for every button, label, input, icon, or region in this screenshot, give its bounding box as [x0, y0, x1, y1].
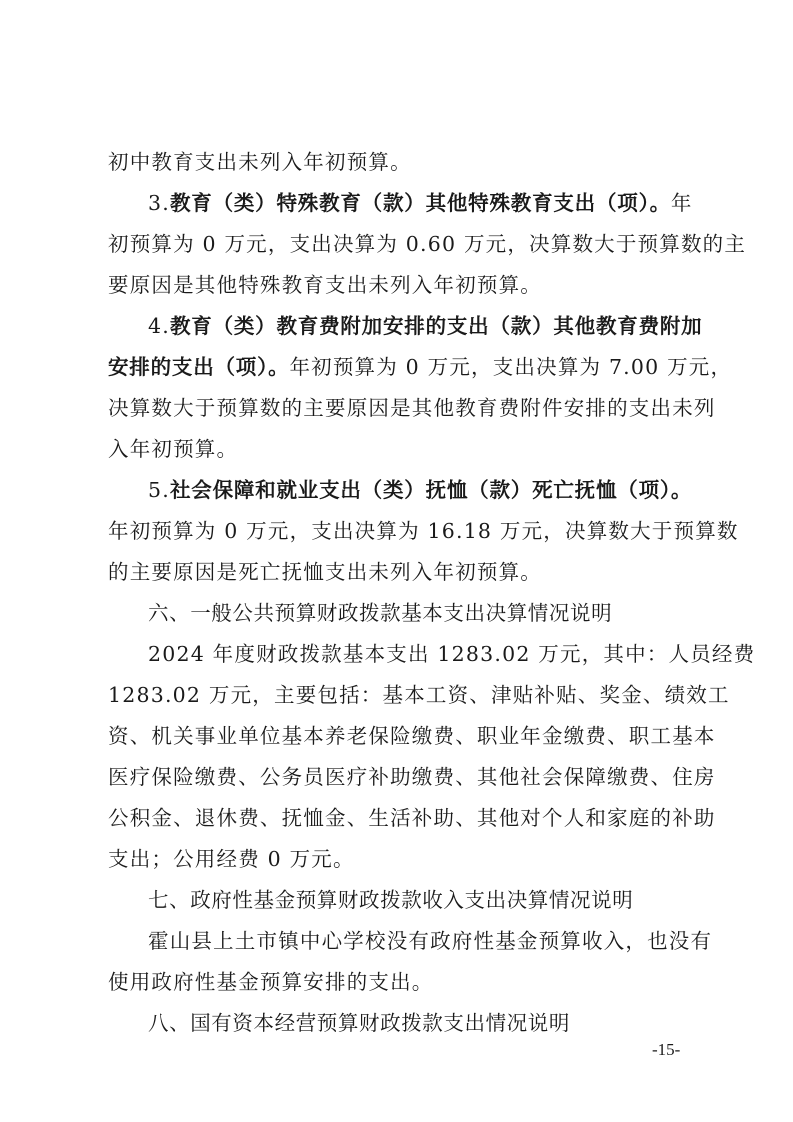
paragraph-line: 年初预算为 0 万元，支出决算为 16.18 万元，决算数大于预算数	[108, 518, 690, 544]
bold-item-title: 教育（类）特殊教育（款）其他特殊教育支出（项）。	[170, 191, 671, 215]
paragraph-line: 使用政府性基金预算安排的支出。	[108, 969, 690, 995]
text-run: 初中教育支出未列入年初预算。	[108, 150, 412, 174]
text-run: 决算数大于预算数的主要原因是其他教育费附件安排的支出未列	[108, 396, 716, 420]
paragraph-line: 公积金、退休费、抚恤金、生活补助、其他对个人和家庭的补助	[108, 805, 690, 831]
text-run: 要原因是其他特殊教育支出未列入年初预算。	[108, 273, 542, 297]
item-number: 5.	[148, 478, 170, 502]
text-run: 年	[671, 191, 693, 215]
paragraph-line: 要原因是其他特殊教育支出未列入年初预算。	[108, 272, 690, 298]
paragraph-line: 2024 年度财政拨款基本支出 1283.02 万元，其中：人员经费	[148, 641, 690, 667]
item-number: 3.	[148, 191, 170, 215]
paragraph-line: 1283.02 万元，主要包括：基本工资、津贴补贴、奖金、绩效工	[108, 682, 690, 708]
text-run: 资、机关事业单位基本养老保险缴费、职业年金缴费、职工基本	[108, 724, 716, 748]
bold-item-title: 社会保障和就业支出（类）抚恤（款）死亡抚恤（项）。	[170, 478, 692, 502]
text-run: 初预算为 0 万元，支出决算为 0.60 万元，决算数大于预算数的主	[108, 232, 746, 256]
section-6-heading: 六、一般公共预算财政拨款基本支出决算情况说明	[148, 600, 690, 626]
paragraph-line: 霍山县上土市镇中心学校没有政府性基金预算收入，也没有	[148, 928, 690, 954]
section-heading: 八、国有资本经营预算财政拨款支出情况说明	[148, 1011, 570, 1035]
text-run: 公积金、退休费、抚恤金、生活补助、其他对个人和家庭的补助	[108, 806, 716, 830]
page-number: -15-	[652, 1040, 680, 1060]
item-number: 4.	[148, 314, 170, 338]
item-3-heading-line: 3.教育（类）特殊教育（款）其他特殊教育支出（项）。年	[148, 190, 690, 216]
paragraph-line: 安排的支出（项）。年初预算为 0 万元，支出决算为 7.00 万元，	[108, 354, 690, 380]
paragraph-line: 医疗保险缴费、公务员医疗补助缴费、其他社会保障缴费、住房	[108, 764, 690, 790]
section-heading: 七、政府性基金预算财政拨款收入支出决算情况说明	[148, 888, 633, 912]
paragraph-line: 决算数大于预算数的主要原因是其他教育费附件安排的支出未列	[108, 395, 690, 421]
section-8-heading: 八、国有资本经营预算财政拨款支出情况说明	[148, 1010, 690, 1036]
text-run: 的主要原因是死亡抚恤支出未列入年初预算。	[108, 560, 542, 584]
paragraph-line: 初预算为 0 万元，支出决算为 0.60 万元，决算数大于预算数的主	[108, 231, 690, 257]
text-run: 年初预算为 0 万元，支出决算为 16.18 万元，决算数大于预算数	[108, 519, 739, 543]
paragraph-line: 资、机关事业单位基本养老保险缴费、职业年金缴费、职工基本	[108, 723, 690, 749]
text-run: 年初预算为 0 万元，支出决算为 7.00 万元，	[289, 355, 732, 379]
text-run: 入年初预算。	[108, 437, 238, 461]
text-run: 医疗保险缴费、公务员医疗补助缴费、其他社会保障缴费、住房	[108, 765, 716, 789]
text-run: 霍山县上土市镇中心学校没有政府性基金预算收入，也没有	[148, 929, 712, 953]
document-page: 初中教育支出未列入年初预算。 3.教育（类）特殊教育（款）其他特殊教育支出（项）…	[0, 0, 793, 1122]
text-run: 支出；公用经费 0 万元。	[108, 847, 355, 871]
text-run: 使用政府性基金预算安排的支出。	[108, 970, 434, 994]
section-7-heading: 七、政府性基金预算财政拨款收入支出决算情况说明	[148, 887, 690, 913]
paragraph-line: 初中教育支出未列入年初预算。	[108, 149, 690, 175]
text-run: 2024 年度财政拨款基本支出 1283.02 万元，其中：人员经费	[148, 642, 755, 666]
section-heading: 六、一般公共预算财政拨款基本支出决算情况说明	[148, 601, 612, 625]
bold-item-title: 教育（类）教育费附加安排的支出（款）其他教育费附加	[170, 314, 703, 338]
text-run: 1283.02 万元，主要包括：基本工资、津贴补贴、奖金、绩效工	[108, 683, 730, 707]
item-5-heading-line: 5.社会保障和就业支出（类）抚恤（款）死亡抚恤（项）。	[148, 477, 690, 503]
paragraph-line: 支出；公用经费 0 万元。	[108, 846, 690, 872]
paragraph-line: 入年初预算。	[108, 436, 690, 462]
item-4-heading-line: 4.教育（类）教育费附加安排的支出（款）其他教育费附加	[148, 313, 690, 339]
bold-item-title: 安排的支出（项）。	[108, 355, 289, 379]
paragraph-line: 的主要原因是死亡抚恤支出未列入年初预算。	[108, 559, 690, 585]
